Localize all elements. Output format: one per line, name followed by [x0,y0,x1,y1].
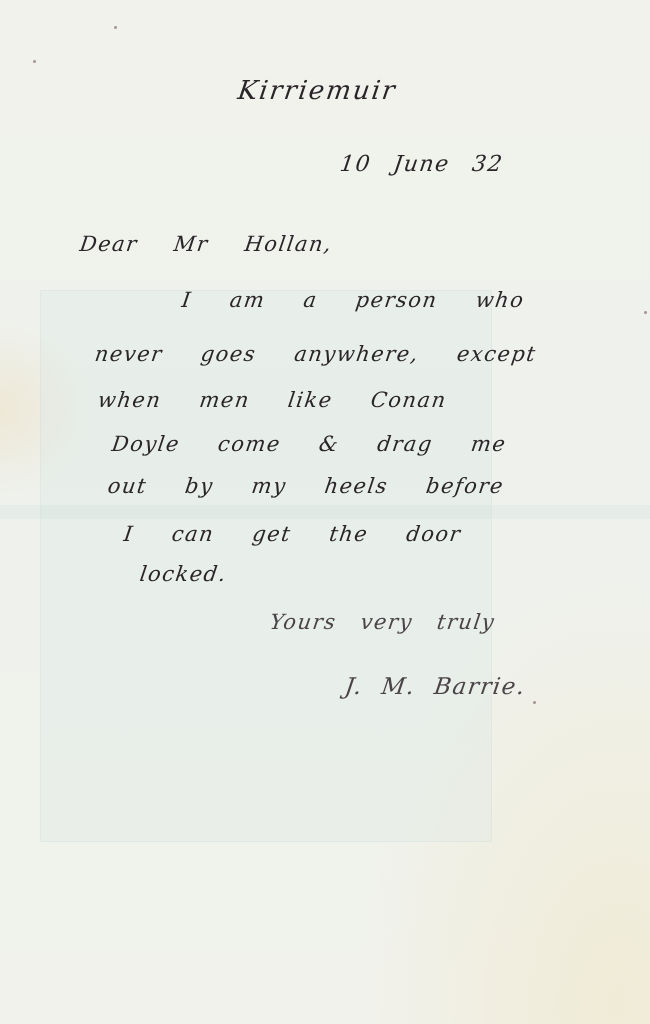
paper-speck [114,26,117,29]
letter-body-line: I am a person who [180,288,526,312]
reverse-side-band [0,505,650,519]
letter-body-line: never goes anywhere, except [93,342,538,366]
letter-body-line: when men like Conan [96,388,448,412]
letter-body-line: out by my heels before [106,474,505,498]
reverse-side-show-through [40,290,492,842]
letter-body-line: locked. [138,562,228,586]
letter-signature: J. M. Barrie. [343,674,527,700]
letter-body-line: Doyle come & drag me [110,432,508,456]
paper-speck [33,60,36,63]
letter-place: Kirriemuir [236,76,399,106]
letter-body-line: I can get the door [122,522,463,546]
paper-speck [644,311,647,314]
letter-page: Kirriemuir 10 June 32 Dear Mr Hollan, I … [0,0,650,1024]
letter-salutation: Dear Mr Hollan, [78,232,334,256]
paper-speck [533,701,536,704]
letter-closing: Yours very truly [268,610,497,634]
letter-date: 10 June 32 [338,152,505,177]
